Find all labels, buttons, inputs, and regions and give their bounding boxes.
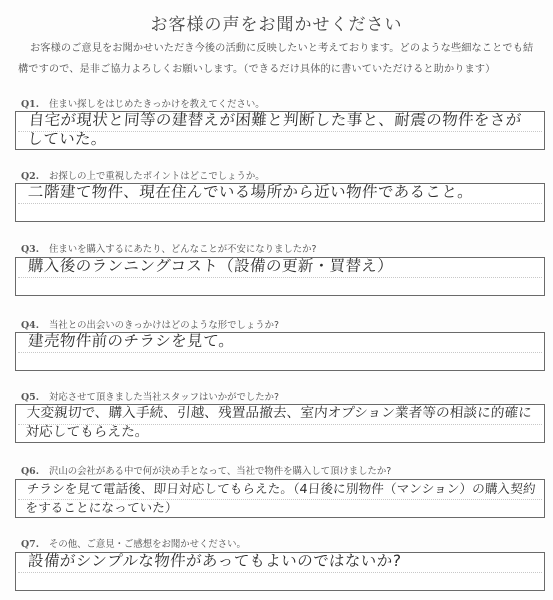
question-6-label: Q6.沢山の会社がある中で何が決め手となって、当社で物件を購入して頂けましたか? bbox=[21, 463, 391, 477]
question-number: Q6. bbox=[21, 466, 39, 477]
answer-box-7: 設備がシンプルな物件があってもよいのではないか? bbox=[15, 552, 545, 591]
question-7-label: Q7.その他、ご意見・ご感想をお聞かせください。 bbox=[21, 536, 246, 550]
answer-text: チラシを見て電話後、即日対応してもらえた。（4日後に別物件（マンション）の購入契… bbox=[25, 479, 538, 517]
question-2-label: Q2.お探しの上で重視したポイントはどこでしょうか。 bbox=[21, 168, 265, 182]
answer-box-6: チラシを見て電話後、即日対応してもらえた。（4日後に別物件（マンション）の購入契… bbox=[15, 479, 545, 518]
question-text: 沢山の会社がある中で何が決め手となって、当社で物件を購入して頂けましたか? bbox=[49, 466, 391, 477]
answer-box-1: 自宅が現状と同等の建替えが困難と判断した事と、耐震の物件をさがしていた。 bbox=[15, 111, 545, 150]
question-text: 住まいを購入するにあたり、どんなことが不安になりましたか? bbox=[49, 244, 316, 255]
answer-box-4: 建売物件前のチラシを見て。 bbox=[15, 332, 545, 371]
answer-text: 購入後のランニングコスト（設備の更新・買替え） bbox=[27, 257, 536, 276]
answer-text: 大変親切で、購入手続、引越、残置品撤去、室内オプション業者等の相談に的確に対応し… bbox=[25, 404, 538, 442]
answer-text: 二階建て物件、現在住んでいる場所から近い物件であること。 bbox=[27, 183, 536, 202]
answer-box-2: 二階建て物件、現在住んでいる場所から近い物件であること。 bbox=[15, 183, 545, 222]
question-number: Q4. bbox=[21, 320, 39, 331]
question-number: Q7. bbox=[21, 539, 39, 550]
answer-text: 設備がシンプルな物件があってもよいのではないか? bbox=[27, 552, 536, 571]
answer-box-3: 購入後のランニングコスト（設備の更新・買替え） bbox=[15, 257, 545, 296]
answer-text: 自宅が現状と同等の建替えが困難と判断した事と、耐震の物件をさがしていた。 bbox=[27, 111, 538, 149]
question-text: 住まい探しをはじめたきっかけを教えてください。 bbox=[49, 99, 265, 110]
survey-form-page: お客様の声をお聞かせください お客様のご意見をお聞かせいただき今後の活動に反映し… bbox=[0, 0, 553, 600]
question-3-label: Q3.住まいを購入するにあたり、どんなことが不安になりましたか? bbox=[21, 241, 316, 255]
question-number: Q3. bbox=[21, 244, 39, 255]
question-1-label: Q1.住まい探しをはじめたきっかけを教えてください。 bbox=[21, 96, 265, 110]
question-number: Q1. bbox=[21, 99, 39, 110]
question-4-label: Q4.当社との出会いのきっかけはどのような形でしょうか? bbox=[21, 317, 279, 331]
question-text: お探しの上で重視したポイントはどこでしょうか。 bbox=[49, 171, 265, 182]
answer-box-5: 大変親切で、購入手続、引越、残置品撤去、室内オプション業者等の相談に的確に対応し… bbox=[15, 404, 545, 443]
question-text: その他、ご意見・ご感想をお聞かせください。 bbox=[49, 539, 246, 550]
question-text: 対応させて頂きました当社スタッフはいかがでしたか? bbox=[49, 392, 279, 403]
answer-text: 建売物件前のチラシを見て。 bbox=[27, 332, 536, 351]
intro-paragraph: お客様のご意見をお聞かせいただき今後の活動に反映したいと考えております。どのよう… bbox=[18, 38, 543, 80]
page-title: お客様の声をお聞かせください bbox=[0, 10, 553, 35]
question-number: Q2. bbox=[21, 171, 39, 182]
question-5-label: Q5.対応させて頂きました当社スタッフはいかがでしたか? bbox=[21, 389, 279, 403]
question-text: 当社との出会いのきっかけはどのような形でしょうか? bbox=[49, 320, 279, 331]
question-number: Q5. bbox=[21, 392, 39, 403]
